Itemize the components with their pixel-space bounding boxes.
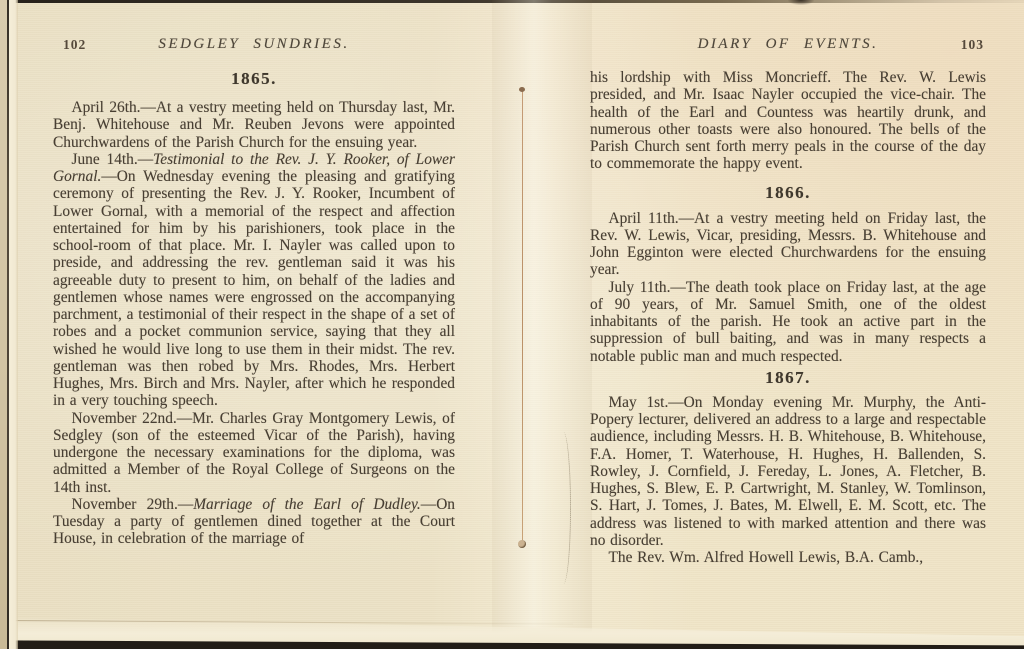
paragraph-november-29-date: November 29th.—	[71, 496, 193, 513]
paragraph-november-29: November 29th.—Marriage of the Earl of D…	[53, 496, 455, 548]
paragraph-november-29-title: Marriage of the Earl of Dudley.	[193, 496, 421, 513]
paragraph-july-11: July 11th.—The death took place on Frida…	[590, 279, 986, 365]
left-book-cover-edge	[0, 0, 7, 649]
left-page: 102 SEDGLEY SUNDRIES. 1865. April 26th.—…	[53, 36, 455, 548]
right-page-head: DIARY OF EVENTS. 103	[590, 36, 986, 54]
year-heading-1867: 1867.	[590, 368, 986, 388]
left-page-number: 102	[63, 37, 86, 53]
right-page-body: his lordship with Miss Moncrieff. The Re…	[590, 69, 986, 566]
right-page-number: 103	[961, 37, 984, 53]
right-running-header: DIARY OF EVENTS.	[590, 36, 986, 53]
binding-thread-knot	[519, 87, 525, 92]
paragraph-april-26: April 26th.—At a vestry meeting held on …	[53, 99, 455, 151]
paragraph-april-11: April 11th.—At a vestry meeting held on …	[590, 210, 986, 279]
right-page: DIARY OF EVENTS. 103 his lordship with M…	[590, 36, 986, 566]
paragraph-rev-lewis: The Rev. Wm. Alfred Howell Lewis, B.A. C…	[590, 549, 986, 566]
binding-gutter	[492, 0, 592, 649]
paragraph-june-14: June 14th.—Testimonial to the Rev. J. Y.…	[53, 151, 455, 410]
book-scan: 102 SEDGLEY SUNDRIES. 1865. April 26th.—…	[0, 0, 1024, 649]
paragraph-continuation: his lordship with Miss Moncrieff. The Re…	[590, 69, 986, 173]
paragraph-june-14-text: —On Wednesday evening the pleasing and g…	[53, 168, 455, 409]
top-edge-smudge	[788, 0, 814, 5]
binding-thread-bead	[518, 540, 526, 548]
left-page-body: April 26th.—At a vestry meeting held on …	[53, 99, 455, 548]
year-heading-1865: 1865.	[53, 69, 455, 89]
binding-thread	[522, 90, 523, 542]
left-page-head: 102 SEDGLEY SUNDRIES.	[53, 36, 455, 54]
paragraph-june-14-date: June 14th.—	[71, 151, 153, 168]
paragraph-november-22: November 22nd.—Mr. Charles Gray Montgome…	[53, 410, 455, 496]
left-page-fore-edge	[9, 0, 18, 649]
year-heading-1866: 1866.	[590, 183, 986, 203]
left-running-header: SEDGLEY SUNDRIES.	[53, 36, 455, 53]
paragraph-may-1: May 1st.—On Monday evening Mr. Murphy, t…	[590, 394, 986, 549]
